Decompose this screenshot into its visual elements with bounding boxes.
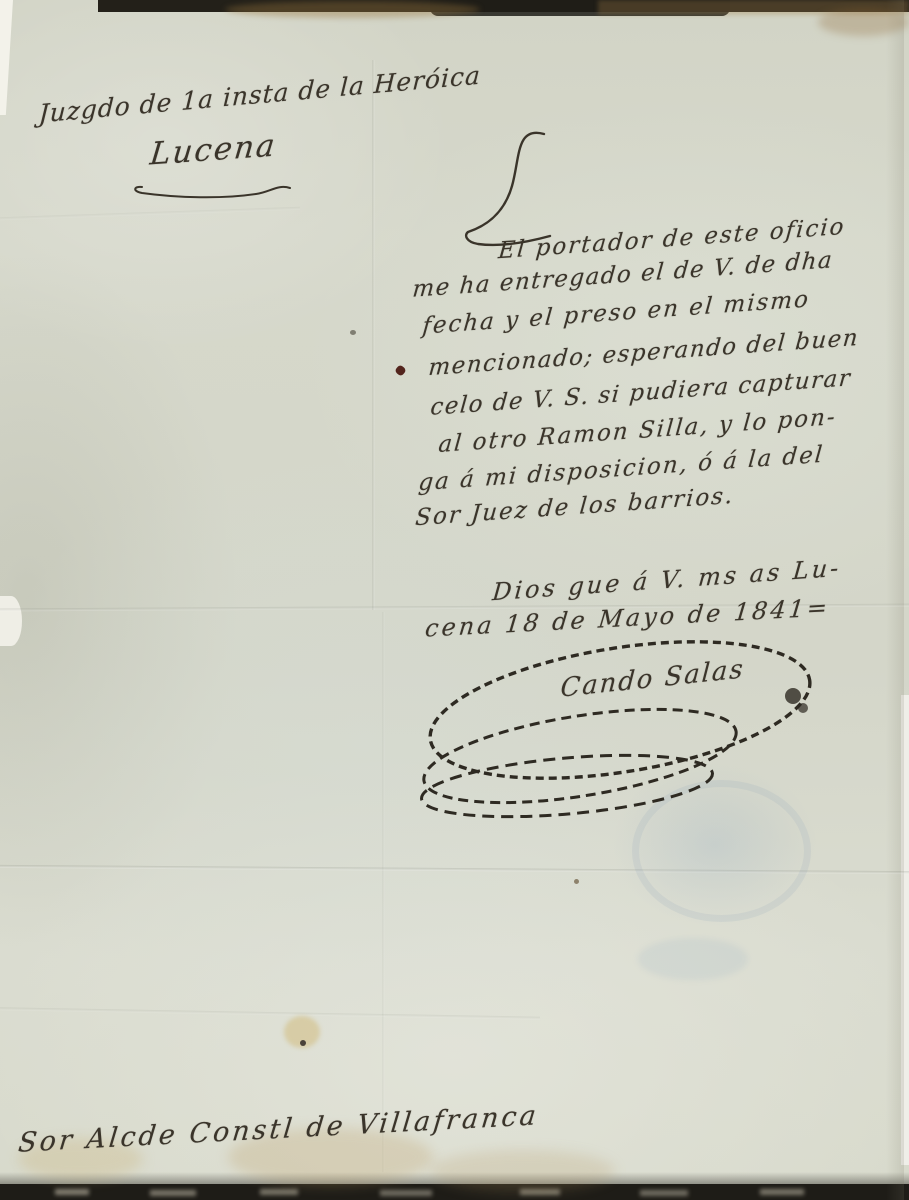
fold-vertical-lower xyxy=(382,612,385,1172)
paper-edge-left-notch xyxy=(0,596,22,646)
header-place-line: Lucena xyxy=(148,127,278,172)
stain-top-right-corner xyxy=(818,8,909,36)
paper-edge-right-shade xyxy=(886,0,904,1200)
dark-speck-2 xyxy=(574,879,579,884)
bottom-band-blob xyxy=(760,1189,804,1195)
paper-edge-left-top xyxy=(0,0,13,115)
stain-bottom-right xyxy=(430,1150,615,1192)
bottom-band-blob xyxy=(380,1190,432,1196)
red-ink-spot xyxy=(394,364,407,377)
bottom-band-blob xyxy=(260,1189,298,1195)
bottom-band-blob xyxy=(640,1190,688,1196)
ink-speck xyxy=(350,330,356,335)
bottom-band-blob xyxy=(55,1189,89,1195)
dark-speck xyxy=(300,1040,306,1046)
fold-vertical-upper xyxy=(372,60,375,610)
fold-crease-lower xyxy=(0,1007,540,1019)
header-court-line: Juzgdo de 1a insta de la Heróica xyxy=(38,61,482,129)
stain-top-center xyxy=(225,1,480,18)
bottom-band-blob xyxy=(150,1190,196,1196)
fold-crease-top-left xyxy=(0,207,300,220)
scanned-letter: Juzgdo de 1a insta de la Heróica Lucena … xyxy=(0,0,909,1200)
header-underline-flourish xyxy=(128,182,298,204)
signature-rubric-flourish xyxy=(415,632,820,827)
seal-bleedthrough-smudge xyxy=(638,938,748,980)
